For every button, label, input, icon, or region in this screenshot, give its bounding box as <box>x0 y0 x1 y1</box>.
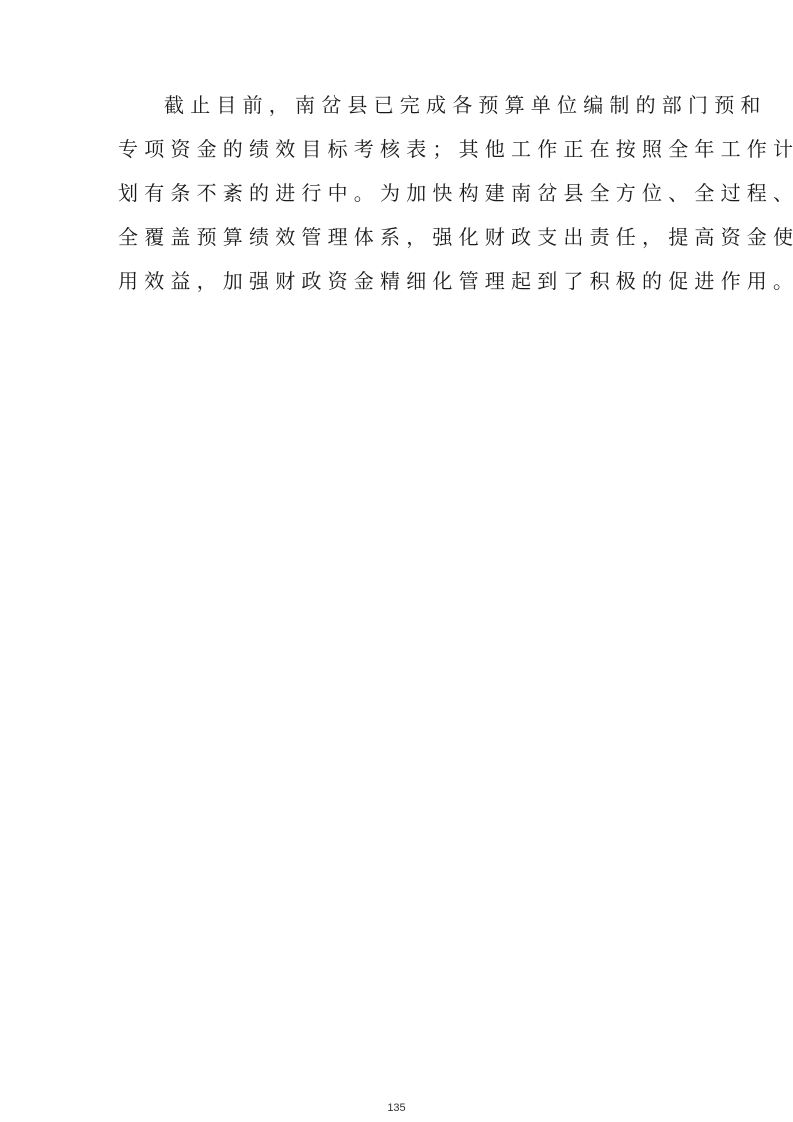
paragraph-line: 截止目前，南岔县已完成各预算单位编制的部门预和 <box>164 92 767 118</box>
paragraph-line: 专项资金的绩效目标考核表；其他工作正在按照全年工作计 <box>118 136 793 162</box>
page-number: 135 <box>0 1102 793 1114</box>
document-page: 截止目前，南岔县已完成各预算单位编制的部门预和 专项资金的绩效目标考核表；其他工… <box>0 0 793 1122</box>
paragraph-line: 划有条不紊的进行中。为加快构建南岔县全方位、全过程、 <box>118 180 793 206</box>
paragraph-line: 用效益，加强财政资金精细化管理起到了积极的促进作用。 <box>118 268 793 294</box>
paragraph-line: 全覆盖预算绩效管理体系，强化财政支出责任，提高资金使 <box>118 224 793 250</box>
